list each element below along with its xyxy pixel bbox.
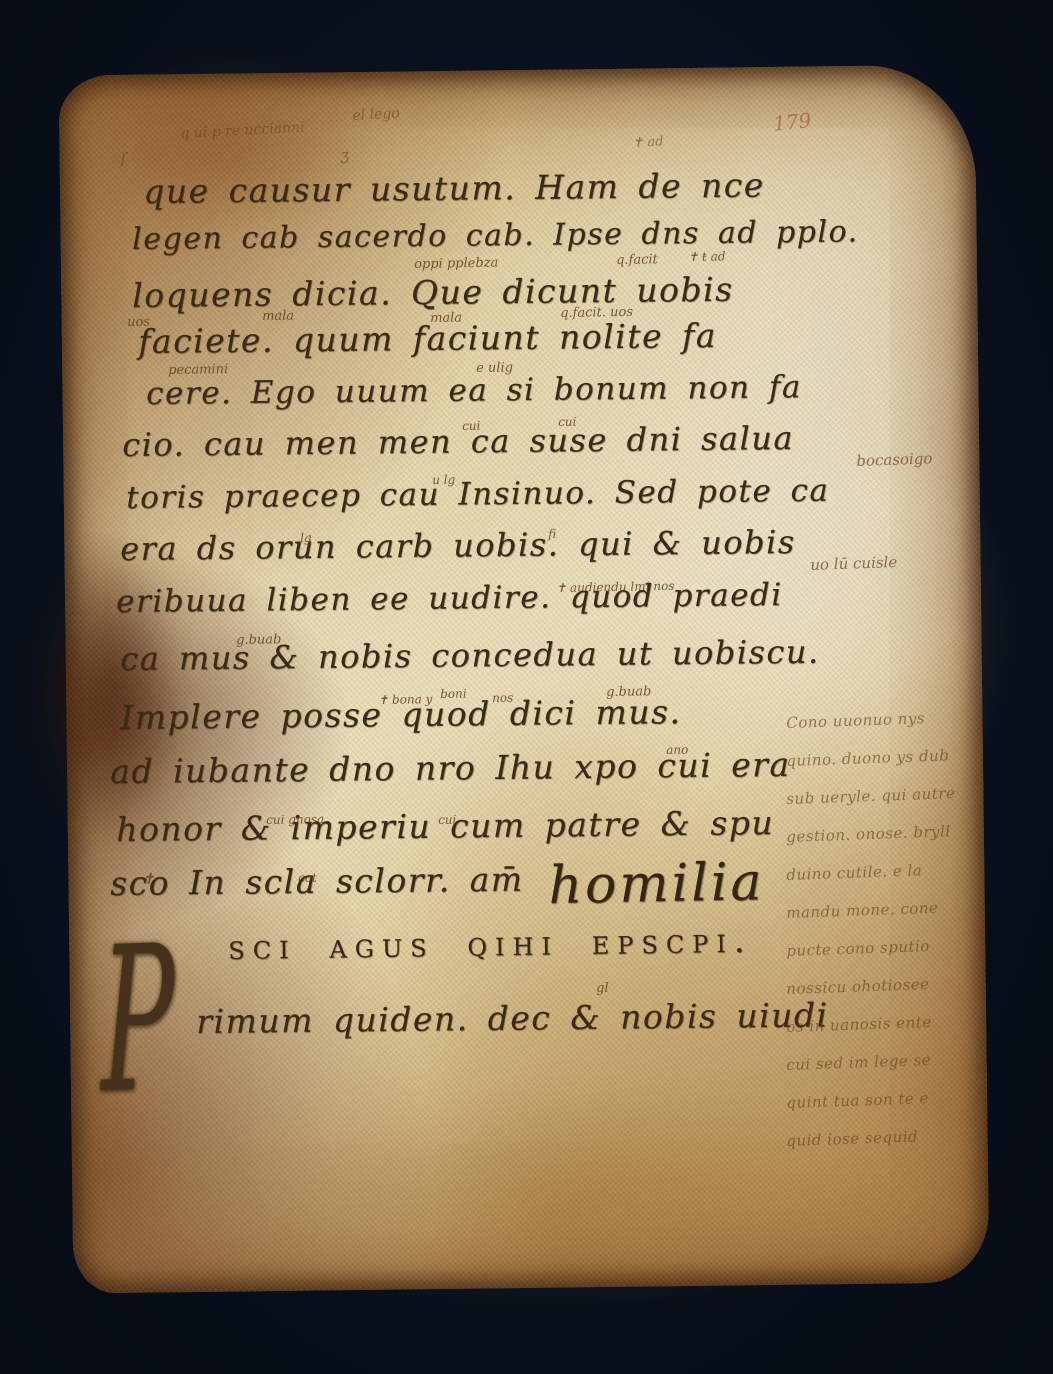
manuscript-photo: 179 homilia sci agus qihi epscpi. P rimu… [0,0,1053,1374]
burn-stain [34,544,188,846]
sheen-highlight [623,394,1009,859]
parchment-texture [59,64,990,1293]
edge-stain [78,62,380,236]
parchment-page [59,64,990,1293]
bottom-stain [191,1075,954,1304]
